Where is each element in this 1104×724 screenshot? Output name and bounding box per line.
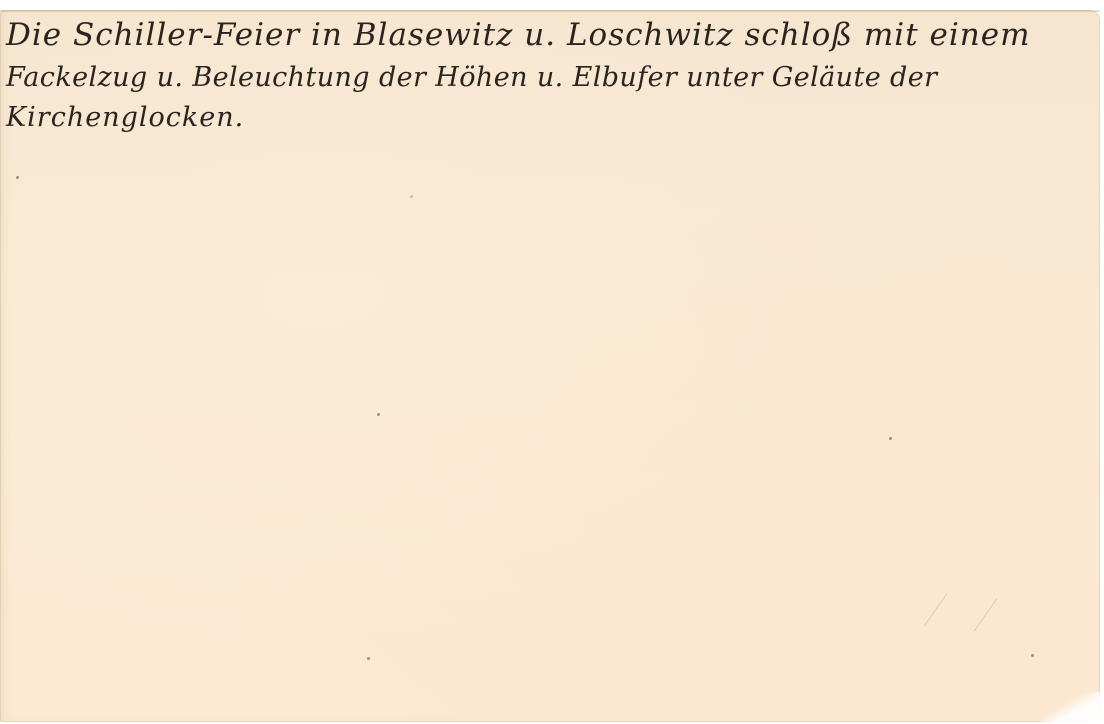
worn-corner xyxy=(1040,692,1100,722)
postcard: Die Schiller-Feier in Blasewitz u. Losch… xyxy=(0,10,1100,722)
paper-speck xyxy=(889,437,892,440)
paper-speck xyxy=(377,413,380,416)
handwriting-line-3: Kirchenglocken. xyxy=(6,104,244,131)
handwriting-line-2: Fackelzug u. Beleuchtung der Höhen u. El… xyxy=(6,64,937,91)
paper-speck xyxy=(367,657,370,660)
page: Die Schiller-Feier in Blasewitz u. Losch… xyxy=(0,0,1104,724)
paper-speck xyxy=(16,176,19,179)
faint-pencil-mark xyxy=(974,598,998,631)
handwriting-line-1: Die Schiller-Feier in Blasewitz u. Losch… xyxy=(6,20,1030,51)
faint-pencil-mark xyxy=(924,593,948,626)
paper-speck xyxy=(1031,654,1034,657)
paper-speck xyxy=(410,195,413,198)
